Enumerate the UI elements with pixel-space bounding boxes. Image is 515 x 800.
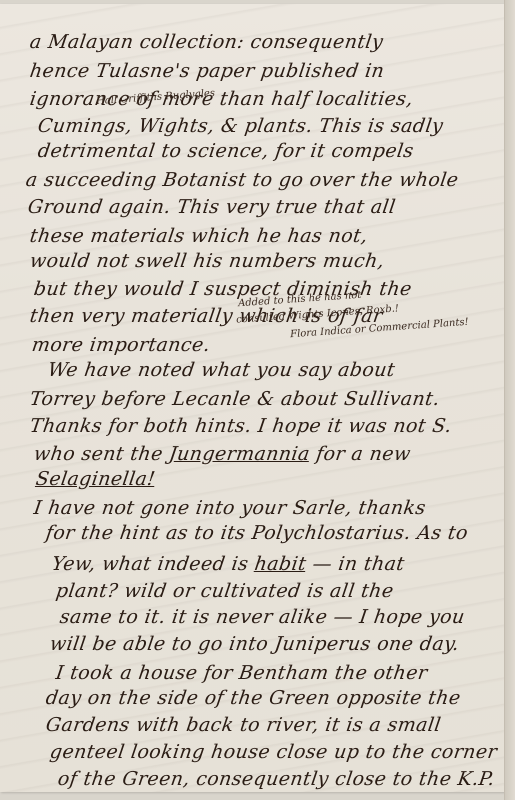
handwritten-line: more importance. <box>30 334 211 356</box>
handwritten-line: Ground again. This very true that all <box>26 196 397 218</box>
handwritten-line: I have not gone into your Sarle, thanks <box>32 497 427 519</box>
handwritten-line: for the hint as to its Polychlostarius. … <box>44 522 469 544</box>
handwritten-line: same to it. it is never alike — I hope y… <box>58 606 466 628</box>
handwritten-line: hence Tulasne's paper published in <box>28 60 385 82</box>
handwritten-line: Selaginella! <box>34 468 156 490</box>
handwritten-line: Thanks for both hints. I hope it was not… <box>28 415 453 437</box>
handwritten-line: ignorance of more than half localities, <box>28 88 414 110</box>
handwritten-line: Torrey before Lecanle & about Sullivant. <box>28 388 441 410</box>
handwritten-line: We have noted what you say about <box>46 359 396 381</box>
letter-page: a Malayan collection: consequentlyhence … <box>0 4 505 792</box>
handwritten-line: Yew, what indeed is habit — in that <box>50 553 406 575</box>
handwritten-line: Cumings, Wights, & plants. This is sadly <box>36 115 444 137</box>
handwritten-line: plant? wild or cultivated is all the <box>54 580 395 602</box>
handwritten-line: these materials which he has not, <box>28 225 369 247</box>
handwritten-line: detrimental to science, for it compels <box>36 140 415 162</box>
handwritten-line: day on the side of the Green opposite th… <box>44 687 462 709</box>
handwritten-line: I took a house for Bentham the other <box>54 662 429 684</box>
handwritten-line: genteel looking house close up to the co… <box>48 741 498 763</box>
handwritten-line: will be able to go into Juniperus one da… <box>48 633 460 655</box>
handwritten-line: would not swell his numbers much, <box>28 250 385 272</box>
handwritten-line: a Malayan collection: consequently <box>28 31 384 53</box>
handwritten-line: who sent the Jungermannia for a new <box>32 443 412 465</box>
page-edge <box>504 0 515 800</box>
handwritten-line: of the Green, consequently close to the … <box>56 768 496 790</box>
handwritten-line: Gardens with back to river, it is a smal… <box>44 714 442 736</box>
handwritten-line: a succeeding Botanist to go over the who… <box>24 169 460 191</box>
